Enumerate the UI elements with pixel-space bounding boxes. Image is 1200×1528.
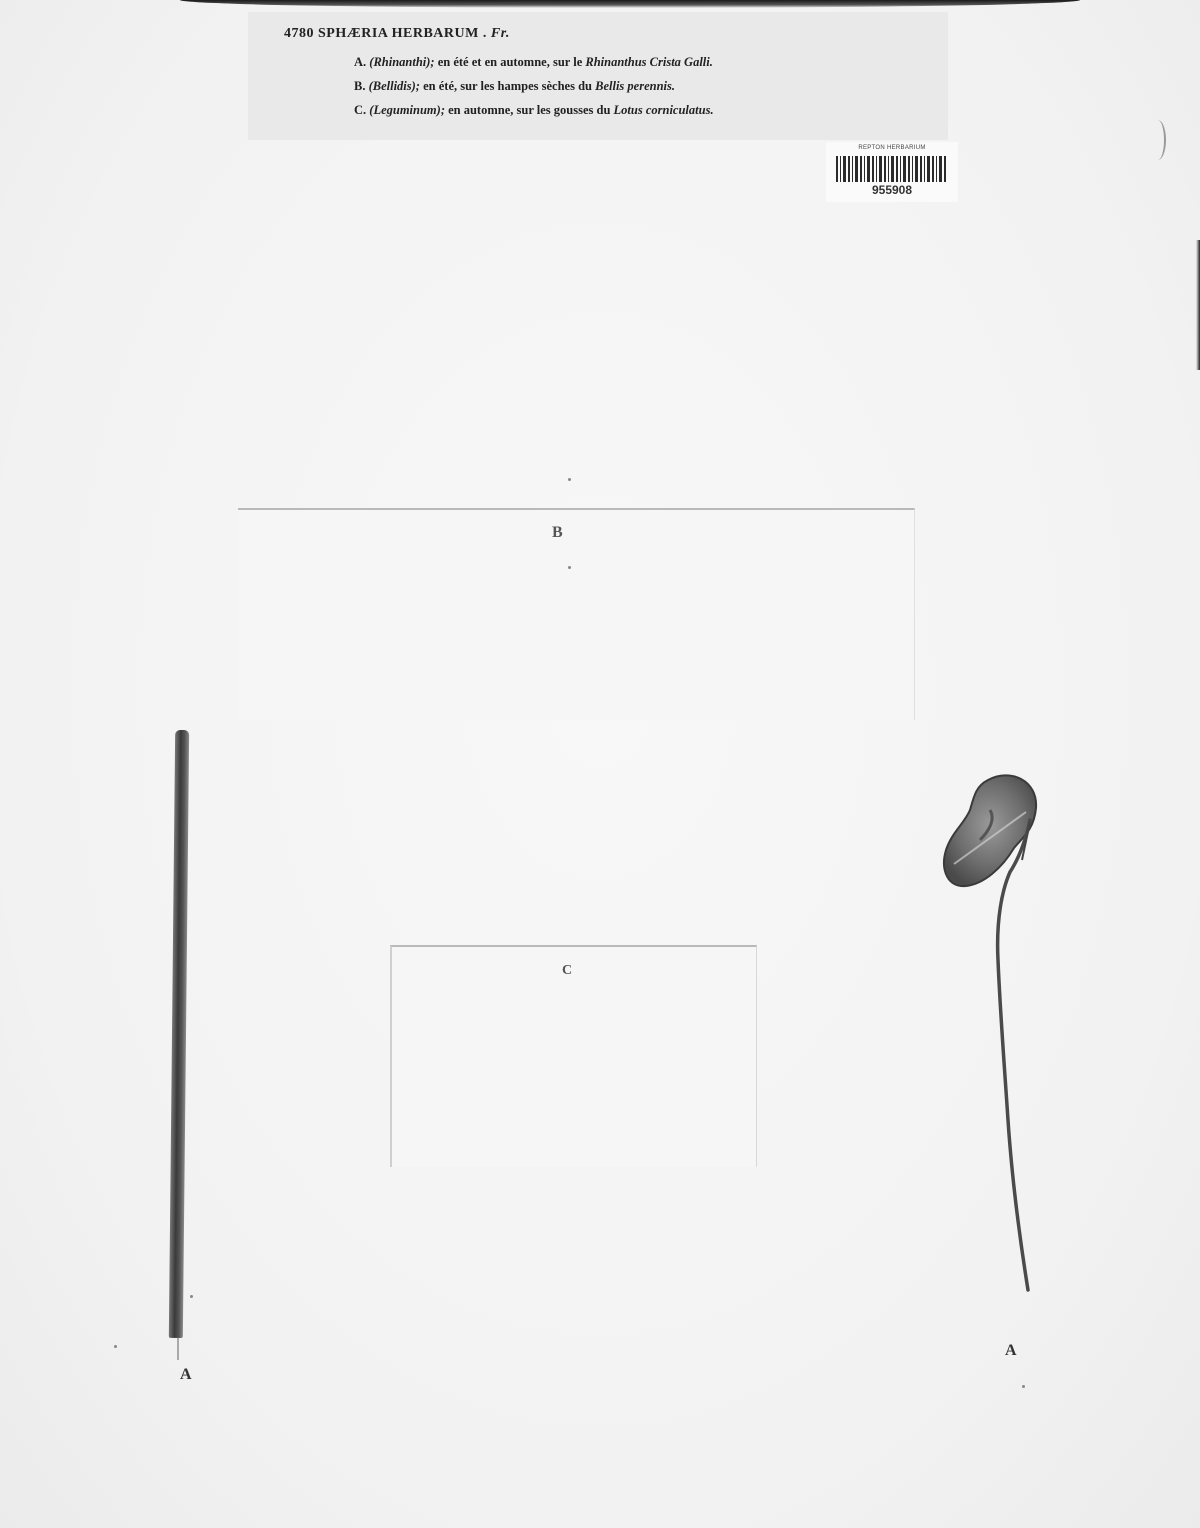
speck (568, 566, 571, 569)
barcode-caption: REPTON HERBARIUM (834, 145, 950, 151)
scan-right-edge (1196, 240, 1200, 370)
herbarium-sheet: 4780 SPHÆRIA HERBARUM . Fr. A. (Rhinanth… (0, 0, 1200, 1528)
label-entry-a: A. (Rhinanthi); en été et en automne, su… (354, 55, 713, 70)
speck (1022, 1385, 1025, 1388)
specimen-stem-left (169, 730, 189, 1338)
barcode-label: REPTON HERBARIUM 955908 (826, 142, 958, 202)
speck (190, 1295, 193, 1298)
specimen-pod-stem-right (930, 760, 1050, 1300)
speck (114, 1345, 117, 1348)
label-number: 4780 (284, 26, 314, 41)
specimen-packet-c: C (390, 945, 757, 1167)
barcode-icon (836, 156, 948, 182)
packet-mark: C (562, 963, 572, 979)
stem-tip (177, 1338, 179, 1360)
label-entry-b: B. (Bellidis); en été, sur les hampes sè… (354, 79, 675, 94)
specimen-letter-right: A (1005, 1342, 1017, 1360)
label-title: 4780 SPHÆRIA HERBARUM . Fr. (284, 26, 510, 42)
speck (568, 478, 571, 481)
barcode-number: 955908 (826, 183, 958, 197)
paper-mark (1150, 120, 1166, 160)
label-author: Fr. (491, 26, 510, 41)
specimen-packet-b: B (238, 508, 915, 720)
label-entry-c: C. (Leguminum); en automne, sur les gous… (354, 103, 714, 118)
label-species: SPHÆRIA HERBARUM (318, 26, 479, 41)
packet-mark: B (552, 524, 563, 542)
scan-edge-shadow (180, 0, 1080, 8)
specimen-letter-left: A (180, 1366, 192, 1384)
